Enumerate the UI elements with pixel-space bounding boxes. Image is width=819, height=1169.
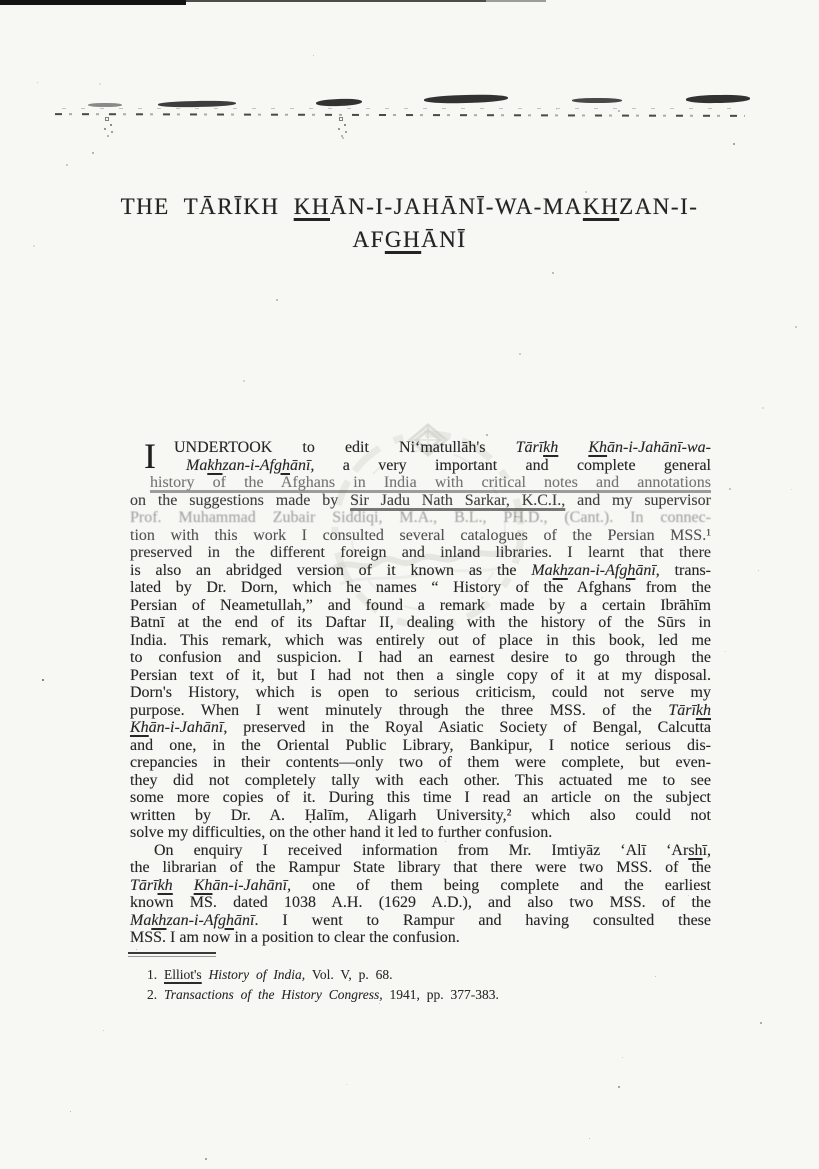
page-title: THE TĀRĪKH KHĀN-I-JAHĀNĪ-WA-MAKHZAN-I- A… xyxy=(0,194,819,253)
scan-artifact-blob xyxy=(158,100,236,107)
paper-speck xyxy=(618,1086,620,1088)
text-line: written by Dr. A. Ḥalīm, Aligarh Univers… xyxy=(130,807,711,825)
paper-speck xyxy=(379,1003,380,1004)
paper-speck xyxy=(272,462,273,463)
text-line: on the suggestions made by Sir Jadu Nath… xyxy=(130,492,711,510)
paper-speck xyxy=(33,245,35,247)
paper-speck xyxy=(445,841,446,842)
paper-speck xyxy=(618,110,620,112)
paper-speck xyxy=(99,83,101,85)
paper-speck xyxy=(655,976,656,977)
scan-artifact-blob xyxy=(686,94,750,103)
text-line: Khān-i-Jahānī, preserved in the Royal As… xyxy=(130,719,711,737)
paper-speck xyxy=(383,840,384,841)
text-line: solve my difficulties, on the other hand… xyxy=(130,824,711,842)
paper-speck xyxy=(239,543,240,544)
paper-speck xyxy=(173,705,174,706)
scan-artifact-dashed-line xyxy=(55,113,745,117)
footnotes: 1. Elliot's History of India, Vol. V, p.… xyxy=(147,965,717,1005)
text-line: India. This remark, which was entirely o… xyxy=(130,632,711,650)
text-line: tion with this work I consulted several … xyxy=(130,527,711,545)
paper-speck xyxy=(556,109,557,110)
scan-artifact-top-bar-faint xyxy=(486,0,546,2)
text-line: history of the Afghans in India with cri… xyxy=(150,474,711,492)
text-line: and one, in the Oriental Public Library,… xyxy=(130,737,711,755)
paper-speck xyxy=(585,191,587,193)
body-paragraph-1: I UNDERTOOK to edit Ni‘matullāh's Tārīkh… xyxy=(130,439,711,842)
text-line: known MS. dated 1038 A.H. (1629 A.D.), a… xyxy=(130,894,711,912)
paper-speck xyxy=(243,380,245,382)
text-line: Dorn's History, which is open to serious… xyxy=(130,684,711,702)
text-line: Makhzan-i-Afghānī, a very important and … xyxy=(186,457,711,475)
text-line: Prof. Muhammad Zubair Siddiqi, M.A., B.L… xyxy=(130,509,711,527)
footnote-separator-rule xyxy=(128,952,216,957)
paper-speck xyxy=(760,1022,762,1024)
text-line: crepancies in their contents—only two of… xyxy=(130,754,711,772)
paper-speck xyxy=(342,137,344,139)
paper-speck xyxy=(795,326,797,328)
paper-speck xyxy=(729,488,731,490)
scan-artifact-top-bar-thin xyxy=(186,0,486,2)
paper-speck xyxy=(205,1158,207,1160)
text-line: Tārīkh Khān-i-Jahānī, one of them being … xyxy=(130,877,711,895)
page-title-line1: THE TĀRĪKH KHĀN-I-JAHĀNĪ-WA-MAKHZAN-I- xyxy=(0,194,819,220)
paper-speck xyxy=(313,55,314,56)
paper-speck xyxy=(733,143,735,145)
paper-speck xyxy=(688,895,689,896)
text-line: is also an abridged version of it known … xyxy=(130,562,711,580)
scan-artifact-blob xyxy=(88,103,122,107)
paper-speck xyxy=(412,922,413,923)
paper-speck xyxy=(66,164,68,166)
scan-artifact-top-bar xyxy=(0,0,186,5)
scanned-page: THE TĀRĪKH KHĀN-I-JAHĀNĪ-WA-MAKHZAN-I- A… xyxy=(0,0,819,1169)
text-line: lated by Dr. Dorn, which he names “ Hist… xyxy=(130,579,711,597)
text-line: 1. Elliot's History of India, Vol. V, p.… xyxy=(147,965,717,985)
text-line: to confusion and suspicion. I had an ear… xyxy=(130,649,711,667)
text-line: preserved in the different foreign and i… xyxy=(130,544,711,562)
text-line: they did not completely tally with each … xyxy=(130,772,711,790)
paper-speck xyxy=(169,868,170,869)
paper-speck xyxy=(725,651,726,652)
text-line: MSS. I am now in a position to clear the… xyxy=(130,929,711,947)
scan-artifact-dashed-line-faint xyxy=(62,108,734,109)
scan-artifact-blob xyxy=(316,98,362,107)
body-text: I UNDERTOOK to edit Ni‘matullāh's Tārīkh… xyxy=(130,439,711,947)
text-line: purpose. When I went minutely through th… xyxy=(130,702,711,720)
text-line: Persian of Neametullah,” and found a rem… xyxy=(130,597,711,615)
scan-artifact-blob xyxy=(572,98,622,103)
scan-artifact-smudge xyxy=(106,118,108,120)
paper-speck xyxy=(622,1057,623,1058)
paper-speck xyxy=(136,949,137,950)
paper-speck xyxy=(309,218,311,220)
paper-speck xyxy=(70,1111,71,1112)
text-line: Makhzan-i-Afghānī. I went to Rampur and … xyxy=(130,912,711,930)
paper-speck xyxy=(276,299,278,301)
paper-speck xyxy=(552,272,554,274)
text-line: UNDERTOOK to edit Ni‘matullāh's Tārīkh K… xyxy=(174,439,711,457)
paper-speck xyxy=(762,407,764,409)
paper-speck xyxy=(449,678,450,679)
paper-speck xyxy=(140,786,141,787)
paper-speck xyxy=(206,624,207,625)
paper-speck xyxy=(103,1030,104,1031)
text-line: Batnī at the end of its Daftar II, deali… xyxy=(130,614,711,632)
paper-speck xyxy=(37,82,38,83)
paper-speck xyxy=(519,353,521,355)
paper-speck xyxy=(92,152,94,154)
paper-speck xyxy=(659,813,660,814)
paper-speck xyxy=(482,597,483,598)
page-title-line2: AFGHĀNĪ xyxy=(0,227,819,253)
paper-speck xyxy=(515,516,516,517)
text-line: Persian text of it, but I had not then a… xyxy=(130,667,711,685)
scan-artifact-smudge xyxy=(340,118,342,120)
paper-speck xyxy=(692,732,693,733)
paper-speck xyxy=(589,1138,590,1139)
text-line: 2. Transactions of the History Congress,… xyxy=(147,985,717,1005)
scan-artifact-blob xyxy=(424,94,508,104)
paper-speck xyxy=(791,489,792,490)
dropcap-initial: I xyxy=(144,440,156,473)
paper-speck xyxy=(758,570,759,571)
text-line: On enquiry I received information from M… xyxy=(130,842,711,860)
text-line: the librarian of the Rampur State librar… xyxy=(130,859,711,877)
paper-speck xyxy=(42,679,44,681)
text-line: some more copies of it. During this time… xyxy=(130,789,711,807)
paper-speck xyxy=(416,759,417,760)
body-paragraph-2: On enquiry I received information from M… xyxy=(130,842,711,947)
paper-speck xyxy=(210,461,212,463)
paper-speck xyxy=(486,434,488,436)
paper-speck xyxy=(346,1084,347,1085)
